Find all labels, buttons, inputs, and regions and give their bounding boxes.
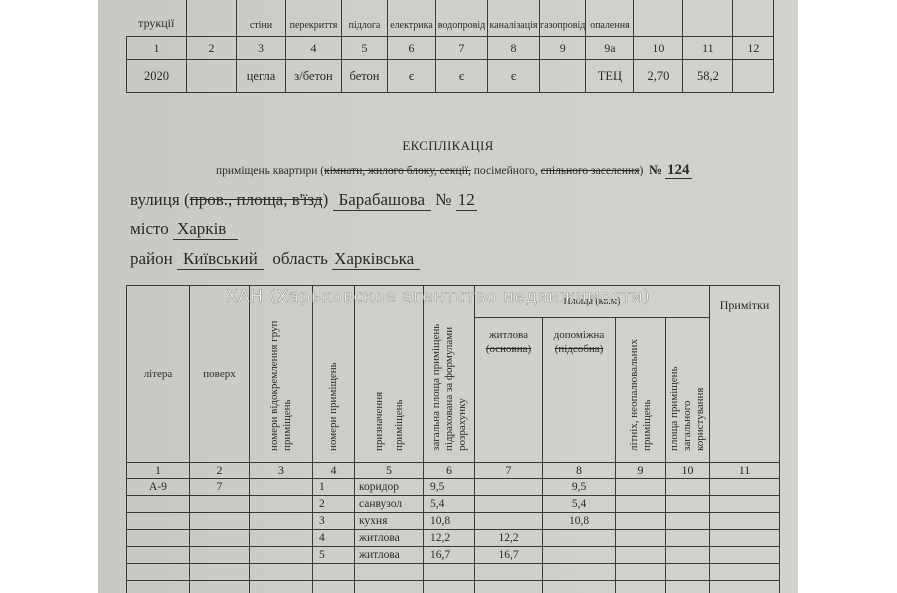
table-row: 5житлова16,716,7 — [127, 547, 780, 564]
cell-living — [475, 479, 543, 496]
cell-summer — [616, 496, 666, 513]
column-number-cell: 11 — [710, 463, 780, 479]
cell-total: 5,4 — [424, 496, 475, 513]
header-cell: опалення — [586, 0, 634, 37]
header-notes: Примітки — [710, 286, 780, 463]
cell-room — [313, 564, 355, 581]
subtitle-text: приміщень квартири ( — [216, 165, 324, 177]
cell-total: 12,2 — [424, 530, 475, 547]
header-cell: стіни — [237, 0, 286, 37]
value-cell: бетон — [342, 60, 388, 93]
cell-living — [475, 564, 543, 581]
street-value: Барабашова — [333, 190, 432, 211]
cell-purpose: житлова — [355, 547, 424, 564]
city-line: місто Харків — [130, 219, 238, 240]
column-number-cell: 6 — [388, 37, 436, 60]
subtitle-text: ) — [640, 165, 644, 177]
value-cell — [187, 60, 237, 93]
subtitle-text: посімейного, — [471, 165, 541, 177]
table-row: 2санвузол5,45,4 — [127, 496, 780, 513]
header-text: житлова — [489, 329, 528, 341]
cell-total: 16,7 — [424, 547, 475, 564]
column-number-cell: 2 — [190, 463, 250, 479]
building-characteristics-table: трукціїстіниперекриттяпідлогаелектрикаво… — [126, 0, 774, 93]
cell-auxiliary: 9,5 — [543, 479, 616, 496]
header-text: призначення приміщень — [369, 381, 409, 451]
column-numbers-row: 1234567899а101112 — [127, 37, 774, 60]
cell-notes — [710, 479, 780, 496]
value-cell: ТЕЦ — [586, 60, 634, 93]
header-floor: поверх — [190, 286, 250, 463]
header-cell — [187, 0, 237, 37]
column-number-cell: 9 — [616, 463, 666, 479]
column-number-cell: 2 — [187, 37, 237, 60]
subtitle-struck-text: кімнати, жилого блоку, секції, — [324, 165, 471, 177]
cell-common — [666, 479, 710, 496]
values-row: 2020цеглаз/бетонбетонєєєТЕЦ2,7058,2 — [127, 60, 774, 93]
column-number-cell: 9 — [540, 37, 586, 60]
city-value: Харків — [173, 219, 238, 240]
subtitle-struck-text: спільного заселення — [541, 165, 640, 177]
value-cell: є — [388, 60, 436, 93]
cell-litera — [127, 547, 190, 564]
header-struck-text: (підсобна) — [555, 343, 604, 355]
cell-common — [666, 581, 710, 593]
value-cell: є — [436, 60, 488, 93]
cell-notes — [710, 581, 780, 593]
cell-notes — [710, 564, 780, 581]
house-number-sign: № — [435, 190, 451, 209]
cell-notes — [710, 547, 780, 564]
cell-group — [250, 513, 313, 530]
header-cell: каналізація — [488, 0, 540, 37]
header-text: поверх — [203, 368, 235, 380]
header-cell — [733, 0, 774, 37]
cell-living: 12,2 — [475, 530, 543, 547]
value-cell: з/бетон — [286, 60, 342, 93]
cell-living — [475, 496, 543, 513]
explication-table: літера поверх номери відокремлення груп … — [126, 285, 780, 593]
cell-room: 3 — [313, 513, 355, 530]
cell-purpose: житлова — [355, 530, 424, 547]
header-text: допоміжна — [554, 329, 605, 341]
cell-floor — [190, 581, 250, 593]
cell-total: 9,5 — [424, 479, 475, 496]
table-row — [127, 581, 780, 593]
street-label: ) — [323, 190, 329, 209]
column-number-cell: 8 — [488, 37, 540, 60]
value-cell: 2020 — [127, 60, 187, 93]
cell-floor: 7 — [190, 479, 250, 496]
cell-summer — [616, 581, 666, 593]
column-number-cell: 5 — [355, 463, 424, 479]
header-auxiliary: допоміжна(підсобна) — [543, 318, 616, 463]
header-cell: перекриття — [286, 0, 342, 37]
column-number-cell: 3 — [237, 37, 286, 60]
district-line: район Київський область Харківська — [130, 249, 420, 270]
street-label-struck: пров., площа, в'їзд — [190, 190, 323, 209]
header-total-area: загальна площа приміщень підрахована за … — [424, 286, 475, 463]
value-cell — [540, 60, 586, 93]
header-litera: літера — [127, 286, 190, 463]
cell-auxiliary — [543, 581, 616, 593]
cell-room: 5 — [313, 547, 355, 564]
document-page: трукціїстіниперекриттяпідлогаелектрикаво… — [98, 0, 798, 593]
cell-common — [666, 530, 710, 547]
cell-group — [250, 564, 313, 581]
table-row: 3кухня10,810,8 — [127, 513, 780, 530]
header-text: Примітки — [720, 298, 770, 312]
header-text: номери відокремлення груп приміщень — [268, 311, 294, 451]
table-row: 4житлова12,212,2 — [127, 530, 780, 547]
header-text: площа приміщень загального користування — [668, 341, 707, 451]
header-cell: водопровід — [436, 0, 488, 37]
cell-living — [475, 513, 543, 530]
column-number-cell: 11 — [683, 37, 733, 60]
cell-living — [475, 581, 543, 593]
watermark: ХАН (Харьковское агентство недвижимости) — [226, 287, 650, 307]
column-number-cell: 1 — [127, 463, 190, 479]
header-room-numbers: номери приміщень — [313, 286, 355, 463]
column-numbers-row: 1234567891011 — [127, 463, 780, 479]
cell-common — [666, 496, 710, 513]
column-number-cell: 4 — [286, 37, 342, 60]
cell-group — [250, 581, 313, 593]
header-cell: трукції — [127, 0, 187, 37]
table-row — [127, 564, 780, 581]
region-label: область — [272, 249, 327, 268]
cell-total — [424, 581, 475, 593]
cell-summer — [616, 564, 666, 581]
street-label: вулиця ( — [130, 190, 190, 209]
cell-notes — [710, 530, 780, 547]
cell-auxiliary — [543, 564, 616, 581]
number-sign: № — [649, 162, 662, 177]
document-title: ЕКСПЛІКАЦІЯ — [98, 138, 798, 154]
cell-floor — [190, 547, 250, 564]
cell-room — [313, 581, 355, 593]
cell-auxiliary — [543, 530, 616, 547]
cell-living: 16,7 — [475, 547, 543, 564]
cell-auxiliary: 10,8 — [543, 513, 616, 530]
header-summer: літніх, неопалювальних приміщень — [616, 318, 666, 463]
header-cell: підлога — [342, 0, 388, 37]
header-group-numbers: номери відокремлення груп приміщень — [250, 286, 313, 463]
cell-common — [666, 547, 710, 564]
cell-purpose: санвузол — [355, 496, 424, 513]
document-subtitle: приміщень квартири (кімнати, жилого блок… — [216, 162, 692, 179]
header-struck-text: (основна) — [486, 343, 531, 355]
cell-litera — [127, 530, 190, 547]
column-number-cell: 5 — [342, 37, 388, 60]
column-number-cell: 4 — [313, 463, 355, 479]
cell-common — [666, 513, 710, 530]
header-purpose: призначення приміщень — [355, 286, 424, 463]
cell-litera: А-9 — [127, 479, 190, 496]
cell-common — [666, 564, 710, 581]
header-cell: електрика — [388, 0, 436, 37]
cell-summer — [616, 479, 666, 496]
header-text: номери приміщень — [327, 361, 340, 451]
cell-purpose: кухня — [355, 513, 424, 530]
cell-room: 4 — [313, 530, 355, 547]
district-label: район — [130, 249, 173, 268]
cell-floor — [190, 496, 250, 513]
cell-auxiliary: 5,4 — [543, 496, 616, 513]
column-number-cell: 6 — [424, 463, 475, 479]
street-line: вулиця (пров., площа, в'їзд) Барабашова … — [130, 190, 477, 211]
column-number-cell: 9а — [586, 37, 634, 60]
value-cell: 58,2 — [683, 60, 733, 93]
column-number-cell: 10 — [666, 463, 710, 479]
cell-room: 2 — [313, 496, 355, 513]
cell-auxiliary — [543, 547, 616, 564]
cell-total: 10,8 — [424, 513, 475, 530]
header-cell — [683, 0, 733, 37]
table-row: А-971коридор9,59,5 — [127, 479, 780, 496]
cell-floor — [190, 564, 250, 581]
cell-summer — [616, 513, 666, 530]
cell-notes — [710, 496, 780, 513]
city-label: місто — [130, 219, 169, 238]
cell-group — [250, 530, 313, 547]
column-number-cell: 7 — [436, 37, 488, 60]
cell-notes — [710, 513, 780, 530]
cell-floor — [190, 513, 250, 530]
header-cell: газопровід — [540, 0, 586, 37]
cell-summer — [616, 547, 666, 564]
cell-litera — [127, 564, 190, 581]
cell-room: 1 — [313, 479, 355, 496]
header-cell — [634, 0, 683, 37]
column-number-cell: 1 — [127, 37, 187, 60]
cell-summer — [616, 530, 666, 547]
cell-group — [250, 496, 313, 513]
column-number-cell: 8 — [543, 463, 616, 479]
region-value: Харківська — [332, 249, 420, 270]
district-value: Київський — [177, 249, 264, 270]
column-number-cell: 3 — [250, 463, 313, 479]
cell-group — [250, 479, 313, 496]
value-cell: цегла — [237, 60, 286, 93]
cell-purpose — [355, 581, 424, 593]
header-living: житлова(основна) — [475, 318, 543, 463]
cell-litera — [127, 496, 190, 513]
cell-total — [424, 564, 475, 581]
header-row: трукціїстіниперекриттяпідлогаелектрикаво… — [127, 0, 774, 37]
header-common: площа приміщень загального користування — [666, 318, 710, 463]
column-number-cell: 10 — [634, 37, 683, 60]
house-number: 12 — [456, 190, 477, 211]
apartment-number: 124 — [665, 162, 692, 179]
cell-purpose: коридор — [355, 479, 424, 496]
cell-group — [250, 547, 313, 564]
header-text: літера — [144, 368, 173, 380]
column-number-cell: 7 — [475, 463, 543, 479]
value-cell: є — [488, 60, 540, 93]
cell-purpose — [355, 564, 424, 581]
header-text: загальна площа приміщень підрахована за … — [430, 286, 469, 451]
cell-floor — [190, 530, 250, 547]
cell-litera — [127, 581, 190, 593]
header-text: літніх, неопалювальних приміщень — [628, 326, 654, 451]
value-cell — [733, 60, 774, 93]
column-number-cell: 12 — [733, 37, 774, 60]
cell-litera — [127, 513, 190, 530]
value-cell: 2,70 — [634, 60, 683, 93]
